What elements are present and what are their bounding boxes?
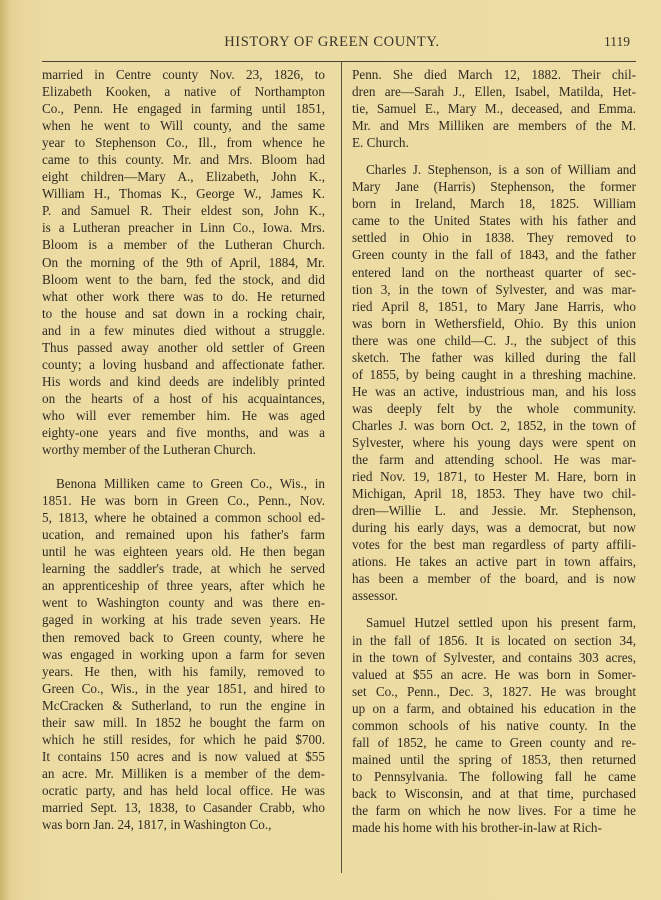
text-line: common schools of his native county. In … bbox=[352, 717, 636, 734]
book-page: HISTORY OF GREEN COUNTY. 1119 married in… bbox=[0, 0, 661, 900]
text-line: their saw mill. In 1852 he bought the fa… bbox=[42, 714, 325, 731]
paragraph: Samuel Hutzel settled upon his present f… bbox=[352, 614, 636, 836]
header-rule bbox=[42, 61, 636, 62]
text-line: county; a loving husband and affectionat… bbox=[42, 356, 325, 373]
text-line: came to this county. Mr. and Mrs. Bloom … bbox=[42, 151, 325, 168]
text-line: Elizabeth Kooken, a native of Northampto… bbox=[42, 83, 325, 100]
text-line: 1851. He was born in Green Co., Penn., N… bbox=[42, 492, 325, 509]
text-line: which he still resides, for which he pai… bbox=[42, 731, 325, 748]
page-number: 1119 bbox=[604, 34, 630, 50]
text-line: the farm on which he now lives. For a ti… bbox=[352, 802, 636, 819]
text-line: tie, Samuel E., Mary M., deceased, and E… bbox=[352, 100, 636, 117]
text-line: tion 3, in the town of Sylvester, and wa… bbox=[352, 281, 636, 298]
text-line: Mary Jane (Harris) Stephenson, the forme… bbox=[352, 178, 636, 195]
text-line: in the fall of 1856. It is located on se… bbox=[352, 632, 636, 649]
text-line: entered land on the northeast quarter of… bbox=[352, 264, 636, 281]
text-line: set Co., Penn., Dec. 3, 1827. He was bro… bbox=[352, 683, 636, 700]
text-line: He was an active, industrious man, and h… bbox=[352, 383, 636, 400]
running-title: HISTORY OF GREEN COUNTY. bbox=[34, 34, 630, 51]
text-line: Green Co., Wis., in the year 1851, and h… bbox=[42, 680, 325, 697]
text-line: Charles J. was born Oct. 2, 1852, in the… bbox=[352, 417, 636, 434]
text-line: assessor. bbox=[352, 587, 636, 604]
text-line: what other work there was to do. He retu… bbox=[42, 288, 325, 305]
text-line: E. Church. bbox=[352, 134, 636, 151]
paragraph-gap bbox=[352, 604, 636, 614]
text-line: on the hearts of a host of his acquainta… bbox=[42, 390, 325, 407]
text-line: an acre. Mr. Milliken is a member of the… bbox=[42, 765, 325, 782]
text-line: Co., Penn. He engaged in farming until 1… bbox=[42, 100, 325, 117]
text-line: gaged in working at his trade seven year… bbox=[42, 611, 325, 628]
text-line: to Pennsylvania. The following fall he c… bbox=[352, 768, 636, 785]
paragraph-gap bbox=[352, 151, 636, 161]
text-line: settled in Ohio in 1838. They removed to bbox=[352, 229, 636, 246]
text-line: and in a few minutes died without a stru… bbox=[42, 322, 325, 339]
text-line: back to Wisconsin, and at that time, pur… bbox=[352, 785, 636, 802]
text-line: ried Nov. 19, 1871, to Hester M. Hare, b… bbox=[352, 468, 636, 485]
text-line: It contains 150 acres and is now valued … bbox=[42, 748, 325, 765]
text-line: votes for the best man regardless of par… bbox=[352, 536, 636, 553]
paragraph-gap bbox=[42, 458, 325, 475]
text-line: Bloom went to the barn, fed the stock, a… bbox=[42, 271, 325, 288]
paragraph: Penn. She died March 12, 1882. Their chi… bbox=[352, 66, 636, 151]
text-line: His words and kind deeds are indelibly p… bbox=[42, 373, 325, 390]
text-line: McCracken & Sutherland, to run the engin… bbox=[42, 697, 325, 714]
text-line: dren—Willie L. and Jessie. Mr. Stephenso… bbox=[352, 502, 636, 519]
text-line: sketch. The father was killed during the… bbox=[352, 349, 636, 366]
text-line: Benona Milliken came to Green Co., Wis.,… bbox=[42, 475, 325, 492]
text-line: in the town of Sylvester, and contains 3… bbox=[352, 649, 636, 666]
text-line: has been a member of the board, and is n… bbox=[352, 570, 636, 587]
text-line: was born in Wethersfield, Ohio. By this … bbox=[352, 315, 636, 332]
text-line: of 1855, by being caught in a threshing … bbox=[352, 366, 636, 383]
text-line: ried April 8, 1851, to Mary Jane Harris,… bbox=[352, 298, 636, 315]
text-line: up on a farm, and obtained his education… bbox=[352, 700, 636, 717]
text-line: eight children—Mary A., Elizabeth, John … bbox=[42, 168, 325, 185]
text-line: dren are—Sarah J., Ellen, Isabel, Matild… bbox=[352, 83, 636, 100]
paragraph: Charles J. Stephenson, is a son of Willi… bbox=[352, 161, 636, 604]
text-line: who will ever remember him. He was aged bbox=[42, 407, 325, 424]
text-line: ations. He takes an active part in town … bbox=[352, 553, 636, 570]
text-line: is a Lutheran preacher in Linn Co., Iowa… bbox=[42, 219, 325, 236]
text-line: married in Centre county Nov. 23, 1826, … bbox=[42, 66, 325, 83]
text-line: the farm and attending school. He was ma… bbox=[352, 451, 636, 468]
text-line: years. He then, with his family, removed… bbox=[42, 663, 325, 680]
left-column: married in Centre county Nov. 23, 1826, … bbox=[42, 66, 325, 833]
text-line: then removed back to Green county, where… bbox=[42, 629, 325, 646]
text-line: worthy member of the Lutheran Church. bbox=[42, 441, 325, 458]
text-line: ocratic party, and has held local office… bbox=[42, 782, 325, 799]
text-line: was engaged in working upon a farm for s… bbox=[42, 646, 325, 663]
text-line: P. and Samuel R. Their eldest son, John … bbox=[42, 202, 325, 219]
text-line: 5, 1813, where he obtained a common scho… bbox=[42, 509, 325, 526]
text-line: Charles J. Stephenson, is a son of Willi… bbox=[352, 161, 636, 178]
text-line: Sylvester, where his young days were spe… bbox=[352, 434, 636, 451]
page-header: HISTORY OF GREEN COUNTY. 1119 bbox=[34, 34, 630, 54]
paragraph: Benona Milliken came to Green Co., Wis.,… bbox=[42, 475, 325, 833]
text-line: William H., Thomas K., George W., James … bbox=[42, 185, 325, 202]
text-line: ucation, and remained upon his father's … bbox=[42, 526, 325, 543]
right-column: Penn. She died March 12, 1882. Their chi… bbox=[352, 66, 636, 836]
text-line: was deeply felt by the whole community. bbox=[352, 400, 636, 417]
text-line: year to Stephenson Co., Ill., from whenc… bbox=[42, 134, 325, 151]
text-line: went to Washington county and was there … bbox=[42, 594, 325, 611]
text-line: born in Ireland, March 18, 1825. William bbox=[352, 195, 636, 212]
text-line: valued at $55 an acre. He was born in So… bbox=[352, 666, 636, 683]
text-line: when he went to Will county, and the sam… bbox=[42, 117, 325, 134]
text-line: On the morning of the 9th of April, 1884… bbox=[42, 254, 325, 271]
text-line: came to the United States with his fathe… bbox=[352, 212, 636, 229]
text-line: Thus passed away another old settler of … bbox=[42, 339, 325, 356]
paragraph: married in Centre county Nov. 23, 1826, … bbox=[42, 66, 325, 458]
text-line: an apprenticeship of three years, after … bbox=[42, 577, 325, 594]
column-divider bbox=[341, 61, 342, 873]
text-line: Samuel Hutzel settled upon his present f… bbox=[352, 614, 636, 631]
text-line: was born Jan. 24, 1817, in Washington Co… bbox=[42, 816, 325, 833]
text-line: made his home with his brother-in-law at… bbox=[352, 819, 636, 836]
text-line: Green county in the fall of 1843, and th… bbox=[352, 246, 636, 263]
text-line: Mr. and Mrs Milliken are members of the … bbox=[352, 117, 636, 134]
text-line: there was one child—C. J., the subject o… bbox=[352, 332, 636, 349]
text-line: married Sept. 13, 1838, to Casander Crab… bbox=[42, 799, 325, 816]
gutter-shadow bbox=[0, 0, 10, 900]
text-line: to the house and sat down in a rocking c… bbox=[42, 305, 325, 322]
text-line: mained until the spring of 1853, then re… bbox=[352, 751, 636, 768]
text-line: Michigan, April 18, 1853. They have two … bbox=[352, 485, 636, 502]
text-line: Bloom is a member of the Lutheran Church… bbox=[42, 236, 325, 253]
text-line: Penn. She died March 12, 1882. Their chi… bbox=[352, 66, 636, 83]
text-line: fall of 1852, he came to Green county an… bbox=[352, 734, 636, 751]
text-line: learning the saddler's trade, at which h… bbox=[42, 560, 325, 577]
text-line: until he was eighteen years old. He then… bbox=[42, 543, 325, 560]
text-line: during his early days, was a democrat, b… bbox=[352, 519, 636, 536]
text-line: eighty-one years and five months, and wa… bbox=[42, 424, 325, 441]
